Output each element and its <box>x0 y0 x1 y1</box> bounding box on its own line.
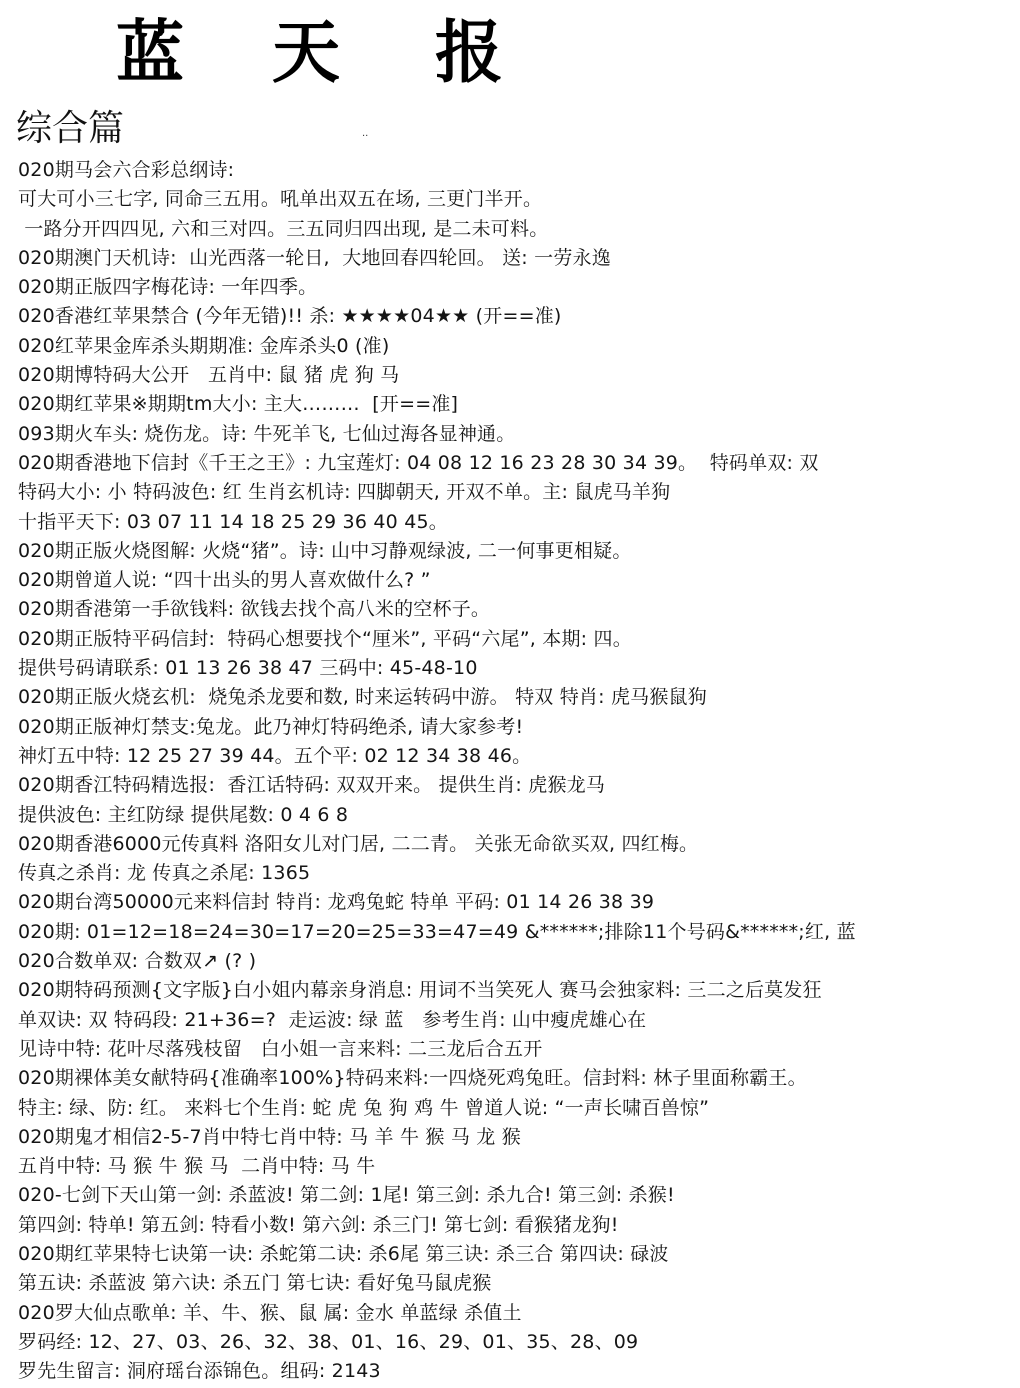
text-line: 提供波色: 主红防绿 提供尾数: 0 4 6 8 <box>18 801 1018 830</box>
text-line: 罗先生留言: 洞府瑶台添锦色。组码: 2143 <box>18 1357 1018 1386</box>
text-line: 五肖中特: 马 猴 牛 猴 马 二肖中特: 马 牛 <box>18 1152 1018 1181</box>
article-body: 020期马会六合彩总纲诗: 可大可小三七字, 同命三五用。吼单出双五在场, 三更… <box>18 156 1018 1386</box>
text-line: 罗码经: 12、27、03、26、32、38、01、16、29、01、35、28… <box>18 1328 1018 1357</box>
text-line: 020期台湾50000元来料信封 特肖: 龙鸡兔蛇 特单 平码: 01 14 2… <box>18 888 1018 917</box>
text-line: 传真之杀肖: 龙 传真之杀尾: 1365 <box>18 859 1018 888</box>
text-line: 020期正版火烧玄机: 烧兔杀龙要和数, 时来运转码中游。 特双 特肖: 虎马猴… <box>18 683 1018 712</box>
text-line: 020期红苹果※期期tm大小: 主大……… [开==准] <box>18 390 1018 419</box>
section-mark: .. <box>362 128 368 139</box>
text-line: 020期正版神灯禁支:兔龙。此乃神灯特码绝杀, 请大家参考! <box>18 713 1018 742</box>
text-line: 020红苹果金库杀头期期准: 金库杀头0 (准) <box>18 332 1018 361</box>
text-line: 十指平天下: 03 07 11 14 18 25 29 36 40 45。 <box>18 508 1018 537</box>
text-line: 见诗中特: 花叶尽落残枝留 白小姐一言来料: 二三龙后合五开 <box>18 1035 1018 1064</box>
text-line: 020期: 01=12=18=24=30=17=20=25=33=47=49 &… <box>18 918 1018 947</box>
text-line: 020期正版火烧图解: 火烧“猪”。诗: 山中习静观绿波, 二一何事更相疑。 <box>18 537 1018 566</box>
text-line: 093期火车头: 烧伤龙。诗: 牛死羊飞, 七仙过海各显神通。 <box>18 420 1018 449</box>
text-line: 单双诀: 双 特码段: 21+36=? 走运波: 绿 蓝 参考生肖: 山中瘦虎雄… <box>18 1006 1018 1035</box>
text-line: 020期正版四字梅花诗: 一年四季。 <box>18 273 1018 302</box>
text-line: 特主: 绿、防: 红。 来料七个生肖: 蛇 虎 兔 狗 鸡 牛 曾道人说: “一… <box>18 1094 1018 1123</box>
text-line: 020期红苹果特七诀第一诀: 杀蛇第二诀: 杀6尾 第三诀: 杀三合 第四诀: … <box>18 1240 1018 1269</box>
text-line: 020期香港第一手欲钱料: 欲钱去找个高八米的空杯子。 <box>18 595 1018 624</box>
text-line: 020期博特码大公开 五肖中: 鼠 猪 虎 狗 马 <box>18 361 1018 390</box>
text-line: 020期特码预测{文字版}白小姐内幕亲身消息: 用词不当笑死人 赛马会独家料: … <box>18 976 1018 1005</box>
text-line: 一路分开四四见, 六和三对四。三五同归四出现, 是二未可料。 <box>18 215 1018 244</box>
text-line: 020香港红苹果禁合 (今年无错)!! 杀: ★★★★04★★ (开==准) <box>18 302 1018 331</box>
text-line: 020期香江特码精选报: 香江话特码: 双双开来。 提供生肖: 虎猴龙马 <box>18 771 1018 800</box>
text-line: 020期香港地下信封《千王之王》: 九宝莲灯: 04 08 12 16 23 2… <box>18 449 1018 478</box>
section-title: 综合篇 <box>16 104 124 154</box>
text-line: 可大可小三七字, 同命三五用。吼单出双五在场, 三更门半开。 <box>18 185 1018 214</box>
text-line: 020合数单双: 合数双↗ (? ) <box>18 947 1018 976</box>
masthead-title: 蓝 天 报 <box>0 8 600 98</box>
text-line: 020-七剑下天山第一剑: 杀蓝波! 第二剑: 1尾! 第三剑: 杀九合! 第三… <box>18 1181 1018 1210</box>
text-line: 第四剑: 特单! 第五剑: 特看小数! 第六剑: 杀三门! 第七剑: 看猴猪龙狗… <box>18 1211 1018 1240</box>
text-line: 020期曾道人说: “四十出头的男人喜欢做什么? ” <box>18 566 1018 595</box>
text-line: 神灯五中特: 12 25 27 39 44。五个平: 02 12 34 38 4… <box>18 742 1018 771</box>
text-line: 020期正版特平码信封: 特码心想要找个“厘米”, 平码“六尾”, 本期: 四。 <box>18 625 1018 654</box>
text-line: 提供号码请联系: 01 13 26 38 47 三码中: 45-48-10 <box>18 654 1018 683</box>
text-line: 特码大小: 小 特码波色: 红 生肖玄机诗: 四脚朝天, 开双不单。主: 鼠虎马… <box>18 478 1018 507</box>
text-line: 020期香港6000元传真料 洛阳女儿对门居, 二二青。 关张无命欲买双, 四红… <box>18 830 1018 859</box>
text-line: 020期鬼才相信2-5-7肖中特七肖中特: 马 羊 牛 猴 马 龙 猴 <box>18 1123 1018 1152</box>
masthead-char-1: 蓝 <box>116 8 184 98</box>
text-line: 020期裸体美女献特码{准确率100%}特码来料:一四烧死鸡兔旺。信封料: 林子… <box>18 1064 1018 1093</box>
text-line: 020期澳门天机诗: 山光西落一轮日, 大地回春四轮回。 送: 一劳永逸 <box>18 244 1018 273</box>
masthead-char-3: 报 <box>435 8 503 98</box>
masthead-char-2: 天 <box>272 8 340 98</box>
text-line: 020罗大仙点歌单: 羊、牛、猴、鼠 属: 金水 单蓝绿 杀值土 <box>18 1299 1018 1328</box>
text-line: 020期马会六合彩总纲诗: <box>18 156 1018 185</box>
text-line: 第五诀: 杀蓝波 第六诀: 杀五门 第七诀: 看好兔马鼠虎猴 <box>18 1269 1018 1298</box>
